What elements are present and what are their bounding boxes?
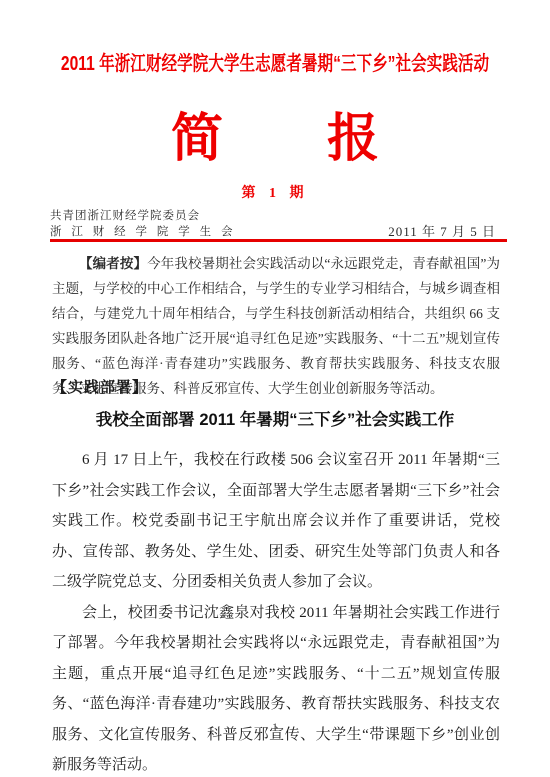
page-number: 1: [0, 720, 550, 735]
article-paragraph: 6 月 17 日上午，我校在行政楼 506 会议室召开 2011 年暑期“三下乡…: [52, 445, 500, 598]
article-title: 我校全面部署 2011 年暑期“三下乡”社会实践工作: [0, 409, 550, 431]
banner-title: 2011 年浙江财经学院大学生志愿者暑期“三下乡”社会实践活动: [61, 51, 490, 77]
issuer-row: 共青团浙江财经学院委员会 浙 江 财 经 学 院 学 生 会 2011 年 7 …: [50, 209, 498, 240]
section-header-practice-deployment: 【实践部署】: [52, 376, 148, 397]
issuer-org-line2: 浙 江 财 经 学 院 学 生 会: [50, 225, 236, 241]
masthead-rule: [50, 239, 507, 242]
editor-note-text: 今年我校暑期社会实践活动以“永远跟党走，青春献祖国”为主题，与学校的中心工作相结…: [52, 256, 500, 396]
article-paragraph: 会上，校团委书记沈鑫泉对我校 2011 年暑期社会实践工作进行了部署。今年我校暑…: [52, 598, 500, 777]
issue-date: 2011 年 7 月 5 日: [388, 224, 498, 240]
bulletin-page: 2011 年浙江财经学院大学生志愿者暑期“三下乡”社会实践活动 简 报 第 1 …: [0, 0, 550, 777]
issue-number: 第 1 期: [0, 185, 550, 202]
issuer-org: 共青团浙江财经学院委员会 浙 江 财 经 学 院 学 生 会: [50, 209, 236, 240]
issuer-org-line1: 共青团浙江财经学院委员会: [50, 209, 236, 225]
masthead-title: 简 报: [0, 111, 550, 168]
editor-note-label: 【编者按】: [79, 256, 147, 271]
